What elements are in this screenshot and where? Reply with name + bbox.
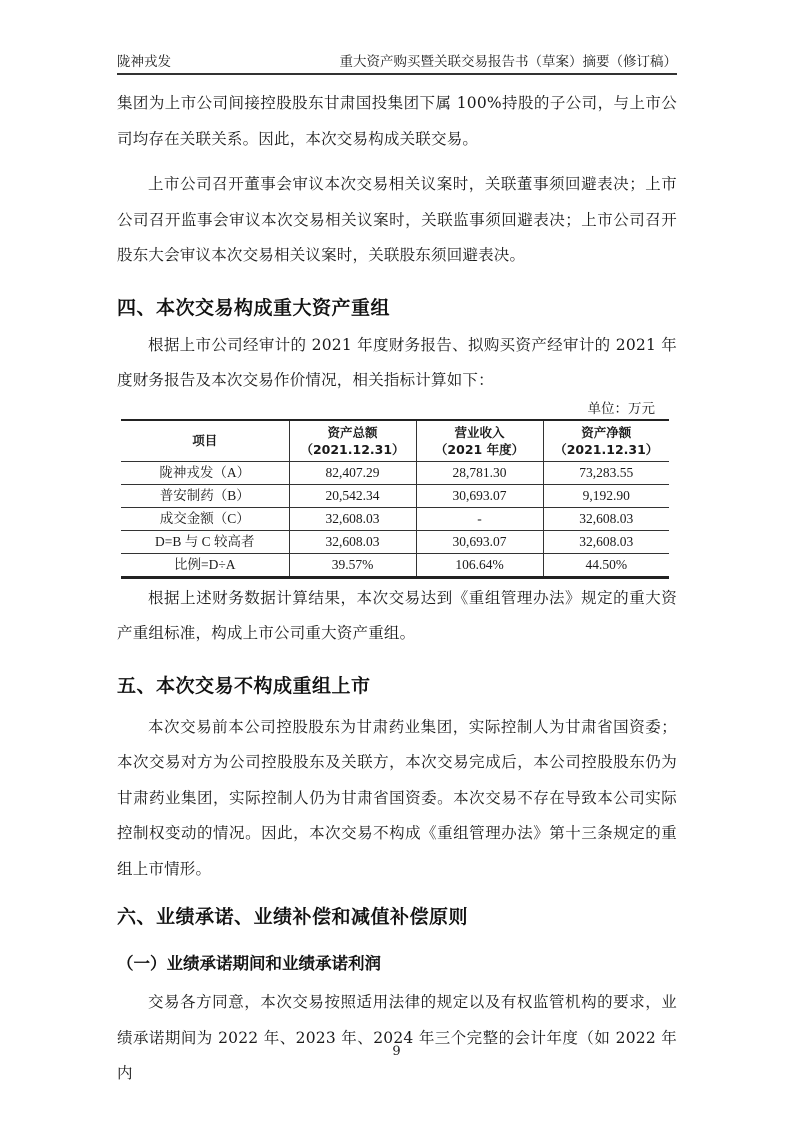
column-header-total-assets: 资产总额（2021.12.31） (289, 420, 416, 462)
section-4-intro: 根据上市公司经审计的 2021 年度财务报告、拟购买资产经审计的 2021 年度… (117, 328, 677, 399)
table-row: D=B 与 C 较高者 32,608.03 30,693.07 32,608.0… (121, 530, 669, 553)
cell-revenue: 30,693.07 (416, 530, 543, 553)
section-6-1-title: （一）业绩承诺期间和业绩承诺利润 (117, 953, 677, 975)
cell-item: 成交金额（C） (121, 507, 289, 530)
page-content: 集团为上市公司间接控股股东甘肃国投集团下属 100%持股的子公司，与上市公司均存… (117, 86, 677, 1092)
cell-total-assets: 39.57% (289, 553, 416, 577)
column-header-item: 项目 (121, 420, 289, 462)
cell-revenue: 30,693.07 (416, 484, 543, 507)
cell-total-assets: 32,608.03 (289, 507, 416, 530)
paragraph-related-party: 集团为上市公司间接控股股东甘肃国投集团下属 100%持股的子公司，与上市公司均存… (117, 86, 677, 157)
section-6-title: 六、业绩承诺、业绩补偿和减值补偿原则 (117, 905, 677, 929)
cell-total-assets: 82,407.29 (289, 461, 416, 484)
section-6-1-body: 交易各方同意，本次交易按照适用法律的规定以及有权监管机构的要求，业绩承诺期间为 … (117, 985, 677, 1092)
cell-item: 比例=D÷A (121, 553, 289, 577)
cell-net-assets: 32,608.03 (543, 507, 669, 530)
page-number: 9 (0, 1044, 793, 1059)
paragraph-voting-recusal: 上市公司召开董事会审议本次交易相关议案时，关联董事须回避表决；上市公司召开监事会… (117, 167, 677, 274)
cell-net-assets: 32,608.03 (543, 530, 669, 553)
cell-net-assets: 73,283.55 (543, 461, 669, 484)
column-header-net-assets: 资产净额（2021.12.31） (543, 420, 669, 462)
header-company: 陇神戎发 (117, 53, 171, 71)
cell-revenue: - (416, 507, 543, 530)
cell-item: 普安制药（B） (121, 484, 289, 507)
section-4-title: 四、本次交易构成重大资产重组 (117, 296, 677, 320)
cell-net-assets: 9,192.90 (543, 484, 669, 507)
cell-total-assets: 32,608.03 (289, 530, 416, 553)
table-row: 普安制药（B） 20,542.34 30,693.07 9,192.90 (121, 484, 669, 507)
column-header-revenue: 营业收入（2021 年度） (416, 420, 543, 462)
section-5-title: 五、本次交易不构成重组上市 (117, 674, 677, 698)
table-row: 陇神戎发（A） 82,407.29 28,781.30 73,283.55 (121, 461, 669, 484)
table-header-row: 项目 资产总额（2021.12.31） 营业收入（2021 年度） 资产净额（2… (121, 420, 669, 462)
cell-item: 陇神戎发（A） (121, 461, 289, 484)
cell-revenue: 28,781.30 (416, 461, 543, 484)
cell-total-assets: 20,542.34 (289, 484, 416, 507)
table-row: 比例=D÷A 39.57% 106.64% 44.50% (121, 553, 669, 577)
header-document-title: 重大资产购买暨关联交易报告书（草案）摘要（修订稿） (340, 53, 678, 71)
cell-item: D=B 与 C 较高者 (121, 530, 289, 553)
page-header: 陇神戎发 重大资产购买暨关联交易报告书（草案）摘要（修订稿） (117, 51, 677, 75)
table-row: 成交金额（C） 32,608.03 - 32,608.03 (121, 507, 669, 530)
financial-indicators-table: 项目 资产总额（2021.12.31） 营业收入（2021 年度） 资产净额（2… (121, 419, 669, 579)
table-unit-label: 单位：万元 (117, 399, 677, 419)
cell-revenue: 106.64% (416, 553, 543, 577)
section-5-body: 本次交易前本公司控股股东为甘肃药业集团，实际控制人为甘肃省国资委；本次交易对方为… (117, 710, 677, 888)
cell-net-assets: 44.50% (543, 553, 669, 577)
section-4-conclusion: 根据上述财务数据计算结果，本次交易达到《重组管理办法》规定的重大资产重组标准，构… (117, 581, 677, 652)
